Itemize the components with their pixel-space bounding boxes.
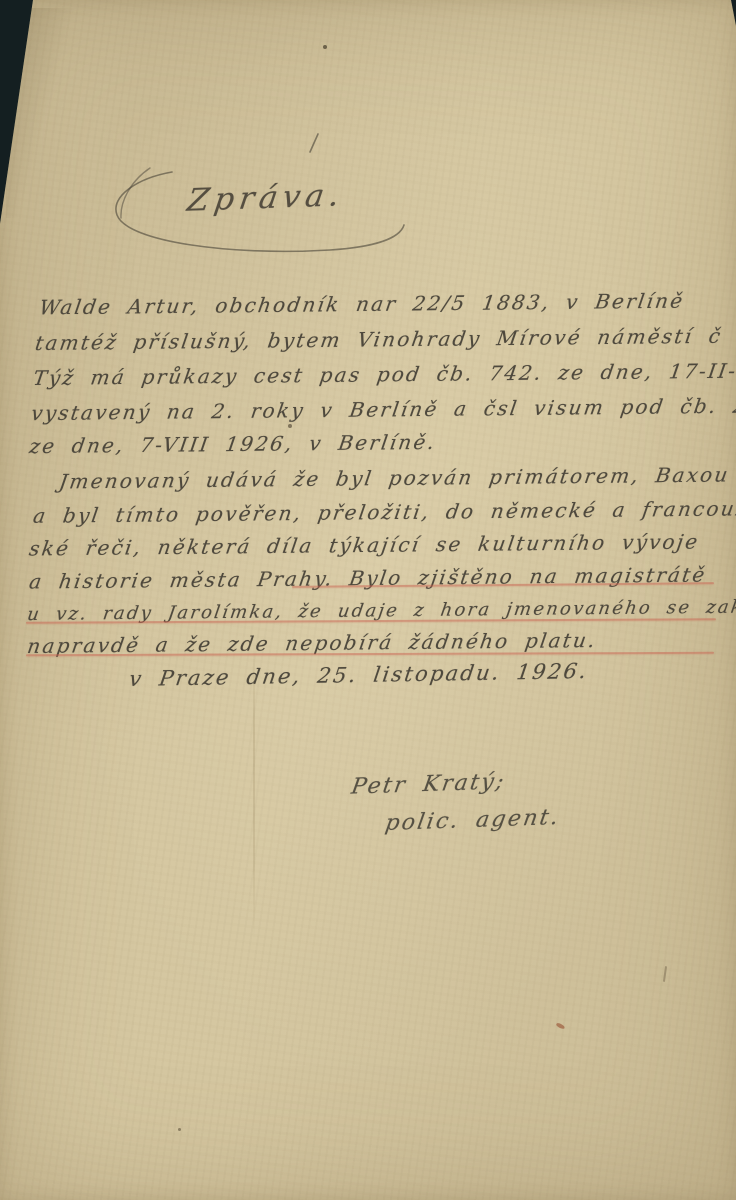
handwritten-line: a byl tímto pověřen, přeložiti, do němec… [32,496,736,528]
handwritten-line: Jmenovaný udává že byl pozván primátorem… [58,462,732,493]
dateline: v Praze dne, 25. listopadu. 1926. [128,659,590,691]
handwritten-line: Týž má průkazy cest pas pod čb. 742. ze … [32,358,736,390]
corner-crease [6,8,76,218]
paper-speck [178,1128,181,1131]
paper-speck [663,966,667,982]
scanned-document: Zpráva. Walde Artur, obchodník nar 22/5 … [0,0,736,1200]
handwritten-line: Walde Artur, obchodník nar 22/5 1883, v … [38,289,687,320]
document-title: Zpráva. [185,177,346,218]
handwritten-line: vystavený na 2. roky v Berlíně a čsl vis… [30,393,736,425]
handwritten-line: ské řeči, některá díla týkající se kultu… [28,529,702,560]
signature-name: Petr Kratý; [350,769,508,799]
handwritten-line: a historie města Prahy. Bylo zjištěno na… [28,562,709,593]
signature-title: polic. agent. [383,805,562,836]
paper-speck [323,45,327,49]
handwritten-line: ze dne, 7-VIII 1926, v Berlíně. [28,430,438,458]
paper-speck [288,424,292,428]
paper-speck [556,1022,566,1029]
document-page: Zpráva. Walde Artur, obchodník nar 22/5 … [0,0,736,1200]
handwritten-line: tamtéž příslušný, bytem Vinohrady Mírové… [34,323,736,355]
